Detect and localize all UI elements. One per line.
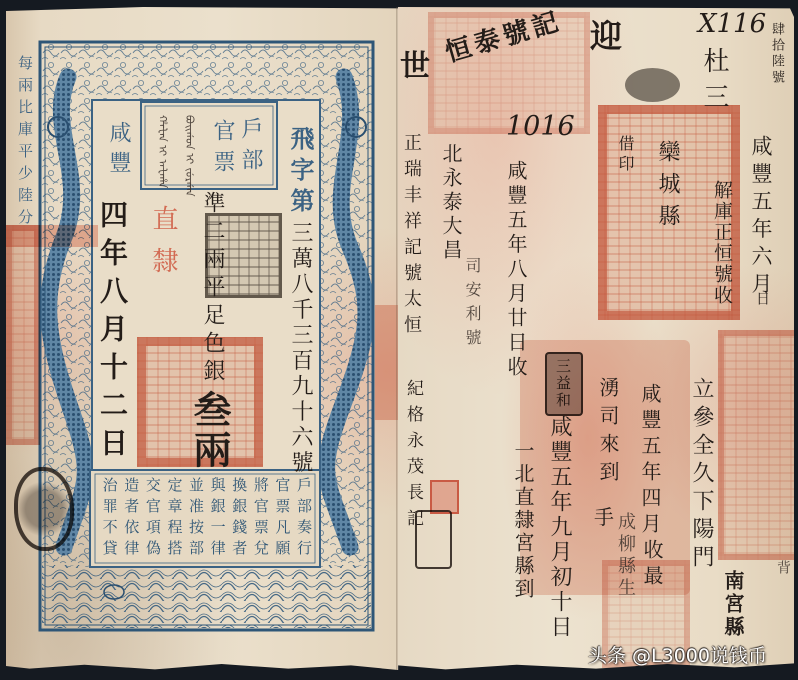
right-red-seal [718,330,794,560]
province-label: 直隸 [150,205,176,289]
numeral-mark: X116 [698,11,766,37]
regulation-column: 戶部奏行 [292,477,314,563]
header-title-guanpiao: 官票 [211,119,233,181]
endorsement-jige: 紀格永茂長記 [404,379,421,535]
era-label: 咸豐 [107,121,129,181]
endorsement-date-june: 咸豐五年六月 [750,135,771,300]
margin-note: 每兩比庫平少陸分 [17,55,32,231]
endorsement-beiyongtai: 北永泰大昌 [441,143,461,263]
regulation-column: 官票凡願 [271,477,293,563]
banknote-front: 每兩比庫平少陸分 戶部 官票 ᠪᠣᡳᡤᠣᠨ ᡳ ᠵᡠᡵᡤᠠᠨ ᡥᠠᡶᠠᠨ ᡳ ᠠ… [6,7,398,670]
endorsement-chengliu: 成柳縣生 [616,512,634,600]
endorsement-date-day: 日 [755,291,769,305]
endorsement-zhengheng: 解庫正恒號收 [712,180,731,306]
endorsement-yongsi: 湧司來到 [598,377,618,489]
manchu-text-1: ᠪᠣᡳᡤᠣᠨ ᡳ ᠵᡠᡵᡤᠠᠨ [184,115,195,197]
left-edge-red-seal [6,225,40,445]
regulation-column: 並准按部 [184,477,206,563]
endorsement-du-san: 杜三 [701,47,727,119]
endorsement-ying: 迎 [590,20,622,52]
regulation-column: 與銀一律 [206,477,228,563]
endorsement-date-september: 咸豐五年九月初十日 [548,415,570,640]
right-margin-red-seal [375,305,398,420]
endorsement-zhengrui: 正瑞丰祥記號太恒 [402,133,420,341]
manchu-text-2: ᡥᠠᡶᠠᠨ ᡳ ᠠᡶᠠᡥᠠ [157,115,168,188]
numeral-mark-2: 1016 [506,113,575,140]
serial-number: 三萬八千三百九十六號 [289,221,311,476]
endorsement-siangli: 司安利號 [464,257,480,353]
issue-date: 四年八月十二日 [98,200,126,466]
endorsement-beizhili: 一北直隸宮縣到 [513,440,533,601]
sanyihe-black-stamp: 三益和 [545,352,583,416]
sanyihe-stamp-text: 三益和 [555,358,570,409]
ingot-black-seal [625,68,680,102]
value-text: 準二兩平足色銀 [201,191,223,387]
black-round-seal [14,467,74,551]
endorsement-shou: 手 [594,507,614,527]
regulation-column: 將官票兌 [249,477,271,563]
value-amount: 叁兩 [190,390,228,470]
seal-label-luancheng: 欒城縣 [656,140,678,236]
endorsement-shi: 世 [400,52,430,82]
endorsement-xiayangmen: 立參全久下陽門 [690,377,712,573]
back-serial-stamp: 肆拾陸號 [770,22,783,86]
regulation-column: 治罪不貸 [98,477,120,563]
endorsement-bei: 背 [776,560,790,574]
seal-label-jieyin: 借印 [617,135,633,175]
banknote-back: 三益和 肆拾陸號 X116 1016 杜三 咸豐五年六月 日 借印 欒城縣 解庫… [398,7,794,670]
regulation-column: 交官項偽 [141,477,163,563]
regulation-text: 戶部奏行 官票凡願 將官票兌 換銀錢者 與銀一律 並准按部 定章程搭 交官項偽 … [98,477,314,563]
endorsement-date-august: 咸豐五年八月廿日收 [506,160,526,381]
serial-prefix: 飛字第 [288,126,312,219]
small-red-square-seal [430,480,459,514]
regulation-column: 造者依律 [120,477,142,563]
endorsement-date-april: 咸豐五年四月 [640,383,660,539]
watermark: 头条 @L3000说钱币 [588,641,767,668]
endorsement-nangong: 南宮縣 [723,570,743,639]
regulation-column: 換銀錢者 [228,477,250,563]
regulation-column: 定章程搭 [163,477,185,563]
header-title-hubu: 戶部 [239,117,261,179]
endorsement-shouzui: 收最 [642,539,662,591]
